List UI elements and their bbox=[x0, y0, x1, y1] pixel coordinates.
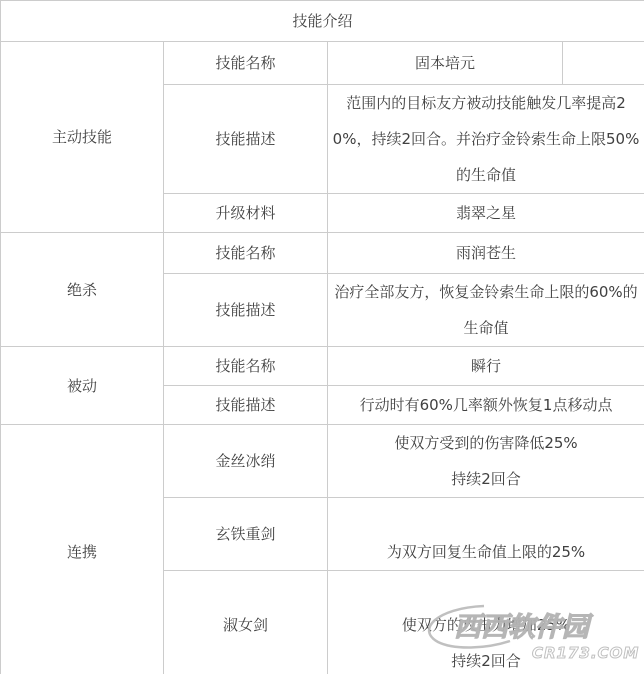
row-label: 技能描述 bbox=[164, 292, 327, 328]
category-cell-passive: 被动 bbox=[1, 347, 164, 425]
row-label: 技能名称 bbox=[164, 348, 327, 384]
label-cell: 技能描述 bbox=[164, 274, 328, 347]
value-cell-skill-desc: 行动时有60%几率额外恢复1点移动点 bbox=[328, 386, 644, 425]
label-cell: 技能描述 bbox=[164, 85, 328, 194]
category-cell-ultimate: 绝杀 bbox=[1, 233, 164, 347]
value-cell-skill-name: 雨润苍生 bbox=[328, 233, 644, 274]
label-cell: 技能描述 bbox=[164, 386, 328, 425]
value-cell-link-effect: 使双方受到的伤害降低25% 持续2回合 bbox=[328, 425, 644, 498]
label-cell: 淑女剑 bbox=[164, 571, 328, 674]
split-rest bbox=[563, 42, 644, 84]
value-cell-skill-desc: 范围内的目标友方被动技能触发几率提高20%，持续2回合。并治疗金铃索生命上限50… bbox=[328, 85, 644, 194]
row-label: 技能描述 bbox=[164, 121, 327, 157]
category-label: 主动技能 bbox=[1, 119, 163, 155]
row-label: 技能名称 bbox=[164, 235, 327, 271]
row-label: 技能名称 bbox=[164, 45, 327, 81]
value-cell-skill-name: 瞬行 bbox=[328, 347, 644, 386]
category-label: 绝杀 bbox=[1, 272, 163, 308]
category-label: 连携 bbox=[1, 534, 163, 570]
table-title: 技能介绍 bbox=[1, 1, 644, 42]
split-wrapper: 固本培元 bbox=[328, 42, 644, 84]
value-cell-link-effect: 使双方的攻击力增加25% 持续2回合 bbox=[328, 571, 644, 674]
value-line: 翡翠之星 bbox=[328, 195, 644, 231]
value-line: 雨润苍生 bbox=[328, 235, 644, 271]
table-title-text: 技能介绍 bbox=[1, 3, 644, 39]
label-cell: 技能名称 bbox=[164, 347, 328, 386]
value-cell-skill-desc: 治疗全部友方，恢复金铃索生命上限的60%的生命值 bbox=[328, 274, 644, 347]
skill-table: 技能介绍 主动技能 技能名称 固本培元 技能描述 bbox=[0, 0, 644, 674]
label-cell: 金丝冰绡 bbox=[164, 425, 328, 498]
row-label: 升级材料 bbox=[164, 195, 327, 231]
value-line: 持续2回合 bbox=[328, 461, 644, 497]
label-cell: 技能名称 bbox=[164, 42, 328, 85]
value-line: 固本培元 bbox=[415, 45, 475, 81]
value-line: 治疗全部友方，恢复金铃索生命上限的60%的生命值 bbox=[328, 274, 644, 346]
value-cell-upgrade-material: 翡翠之星 bbox=[328, 194, 644, 233]
category-cell-active-skill: 主动技能 bbox=[1, 42, 164, 233]
category-cell-link: 连携 bbox=[1, 425, 164, 674]
skill-table-page: 技能介绍 主动技能 技能名称 固本培元 技能描述 bbox=[0, 0, 644, 674]
value-cell-skill-name: 固本培元 bbox=[328, 42, 644, 85]
label-cell: 技能名称 bbox=[164, 233, 328, 274]
label-cell: 玄铁重剑 bbox=[164, 498, 328, 571]
label-cell: 升级材料 bbox=[164, 194, 328, 233]
row-label: 金丝冰绡 bbox=[164, 443, 327, 479]
row-label: 淑女剑 bbox=[164, 607, 327, 643]
split-main: 固本培元 bbox=[328, 42, 563, 84]
value-line: 使双方受到的伤害降低25% bbox=[328, 425, 644, 461]
value-line bbox=[328, 571, 644, 607]
row-label: 技能描述 bbox=[164, 387, 327, 423]
value-line: 为双方回复生命值上限的25% bbox=[328, 534, 644, 570]
value-line bbox=[328, 498, 644, 534]
value-line: 范围内的目标友方被动技能触发几率提高20%，持续2回合。并治疗金铃索生命上限50… bbox=[328, 85, 644, 193]
category-label: 被动 bbox=[1, 368, 163, 404]
value-line: 行动时有60%几率额外恢复1点移动点 bbox=[328, 387, 644, 423]
row-label: 玄铁重剑 bbox=[164, 516, 327, 552]
value-cell-link-effect: 为双方回复生命值上限的25% bbox=[328, 498, 644, 571]
value-line: 瞬行 bbox=[328, 348, 644, 384]
value-line: 持续2回合 bbox=[328, 643, 644, 674]
value-line: 使双方的攻击力增加25% bbox=[328, 607, 644, 643]
